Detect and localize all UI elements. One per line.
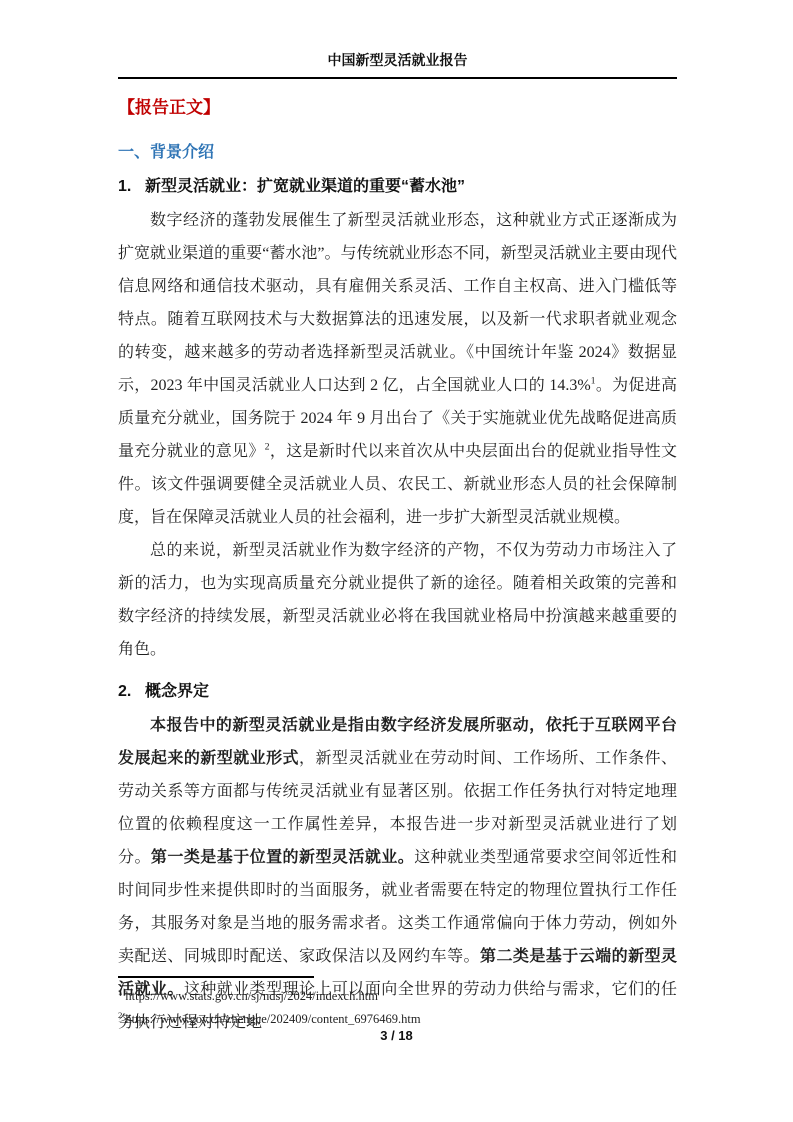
report-body-label: 【报告正文】: [118, 97, 677, 119]
section-heading-background-intro: 一、背景介绍: [118, 143, 677, 163]
footnotes-section: 1https://www.stats.gov.cn/sj/ndsj/2024/i…: [118, 976, 677, 1031]
footnote-separator: [118, 976, 314, 978]
page-header: 中国新型灵活就业报告: [118, 52, 677, 79]
subsection-title: 新型灵活就业：扩宽就业渠道的重要“蓄水池”: [145, 178, 465, 195]
footnote-marker: 1: [118, 987, 122, 997]
footnote-url: https://www.stats.gov.cn/sj/ndsj/2024/in…: [125, 989, 378, 1003]
subsection-title: 概念界定: [145, 683, 209, 700]
page-number: 3 / 18: [0, 1028, 793, 1043]
footnote-marker: 2: [118, 1010, 122, 1020]
subsection-heading-1: 1.新型灵活就业：扩宽就业渠道的重要“蓄水池”: [118, 177, 677, 197]
subsection-number: 1.: [118, 177, 131, 197]
footnote-1: 1https://www.stats.gov.cn/sj/ndsj/2024/i…: [118, 985, 677, 1008]
paragraph-2: 总的来说，新型灵活就业作为数字经济的产物，不仅为劳动力市场注入了新的活力，也为实…: [118, 534, 677, 666]
subsection-heading-2: 2.概念界定: [118, 682, 677, 702]
footnote-url: https://www.gov.cn/zhengce/202409/conten…: [125, 1012, 420, 1026]
header-title: 中国新型灵活就业报告: [328, 52, 468, 68]
paragraph-1: 数字经济的蓬勃发展催生了新型灵活就业形态，这种就业方式正逐渐成为扩宽就业渠道的重…: [118, 204, 677, 534]
document-page: 中国新型灵活就业报告 【报告正文】 一、背景介绍 1.新型灵活就业：扩宽就业渠道…: [0, 0, 793, 1122]
subsection-number: 2.: [118, 682, 131, 702]
